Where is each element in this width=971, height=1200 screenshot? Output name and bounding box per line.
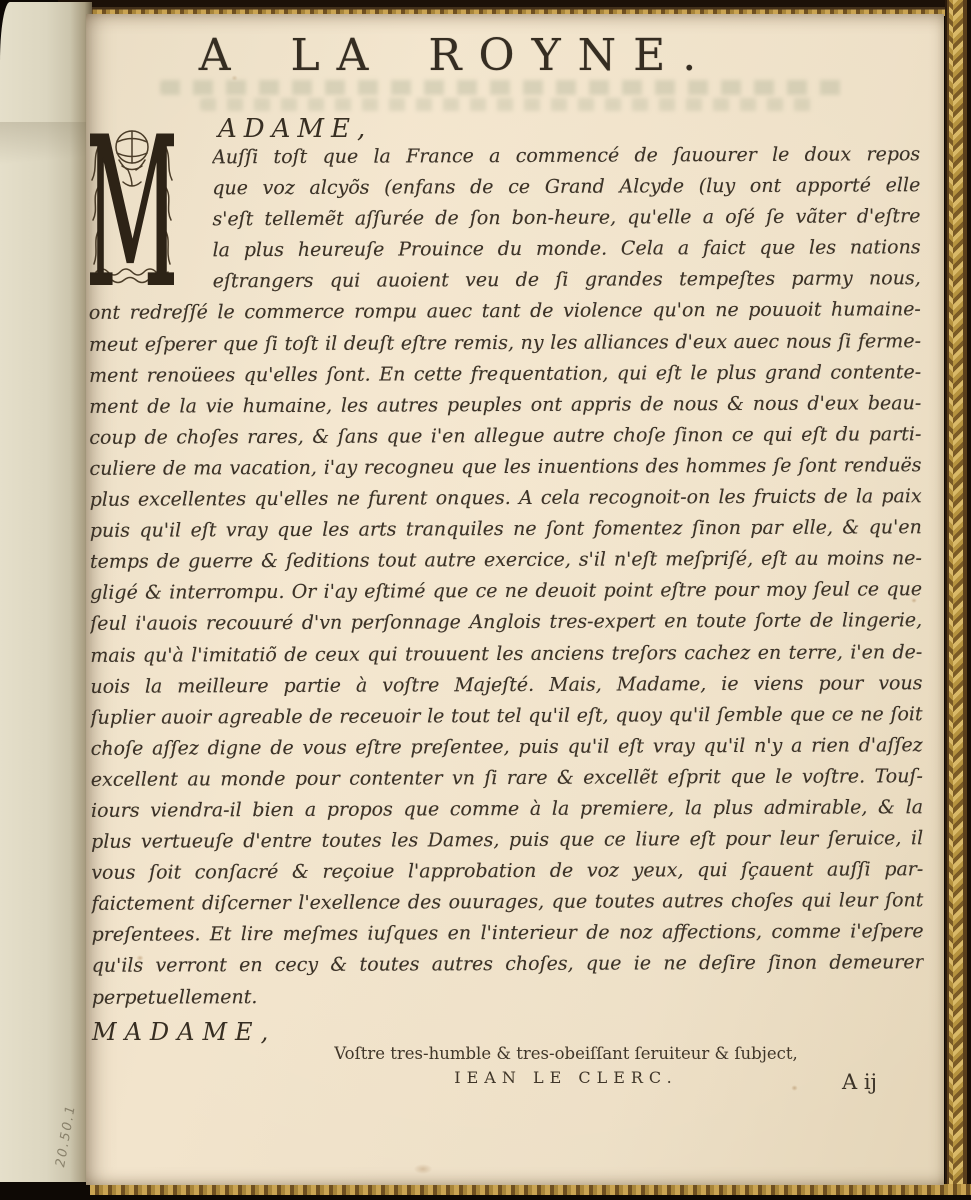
foxing-spot (135, 954, 145, 962)
facing-page (0, 2, 92, 1182)
gilt-fore-edge (945, 0, 971, 1200)
bleedthrough-ghost-text (200, 98, 812, 111)
text-line: eſtrangers qui auoient veu de ſi grandes… (213, 264, 921, 298)
foxing-spot (790, 1084, 799, 1092)
text-line: vous ſoit conſacré & reçoiue l'approbati… (91, 854, 923, 889)
text-line: excellent au monde pour contenter vn ſi … (91, 761, 923, 796)
text-line: culiere de ma vacation, i'ay recogneu qu… (89, 450, 921, 485)
text-line: choſe aſſez digne de vous eſtre preſente… (91, 730, 923, 765)
text-line: Auſſi toſt que la France a commencé de ſ… (212, 139, 920, 173)
text-line: que voz alcyõs (enfans de ce Grand Alcyd… (212, 170, 920, 204)
text-line: plus vertueuſe d'entre toutes les Dames,… (91, 823, 923, 858)
foxing-spot (910, 597, 918, 604)
page: A LA ROYNE. M (86, 14, 944, 1185)
foxing-spot (690, 902, 697, 909)
salutation: ADAME, (218, 114, 372, 144)
text-line: mais qu'à l'imitatiõ de ceux qui trouuen… (90, 637, 922, 672)
foxing-spot (230, 74, 239, 82)
text-line: la plus heureuſe Prouince du monde. Cela… (213, 232, 921, 266)
closing-salutation: MADAME, (92, 1018, 276, 1046)
valediction: Voſtre tres-humble & tres-obeiſſant ſeru… (270, 1044, 862, 1063)
text-line: uois la meilleure partie à voſtre Majeſt… (90, 668, 922, 703)
text-line: plus excellentes qu'elles ne furent onqu… (90, 481, 922, 516)
signature: IEAN LE CLERC. (270, 1068, 862, 1087)
text-line: preſentees. Et lire meſmes iuſques en l'… (91, 917, 923, 952)
text-line: perpetuellement. (92, 979, 924, 1014)
text-line: coup de choſes rares, & ſans que i'en al… (89, 419, 921, 454)
text-line: ſuplier auoir agreable de receuoir le to… (91, 699, 923, 734)
book-scan: 20.50.1 A LA ROYNE. (0, 0, 971, 1200)
text-line: gligé & interrompu. Or i'ay eſtimé que c… (90, 574, 922, 609)
bleedthrough-ghost-text (160, 80, 852, 95)
body-text: Auſſi toſt que la France a commencé de ſ… (88, 139, 924, 1013)
text-line: puis qu'il eſt vray que les arts tranqui… (90, 512, 922, 547)
text-line: faictement diſcerner l'exellence des ouu… (91, 885, 923, 920)
text-line: iours viendra-il bien a propos que comme… (91, 792, 923, 827)
text-line: ſeul i'auois recouuré d'vn perſonnage An… (90, 606, 922, 641)
text-line: ment renoüees qu'elles ſont. En cette fr… (89, 357, 921, 392)
text-line: temps de guerre & ſeditions tout autre e… (90, 543, 922, 578)
page-title: A LA ROYNE. (90, 30, 922, 81)
gilt-bottom-edge (90, 1184, 971, 1200)
text-line: ment de la vie humaine, les autres peupl… (89, 388, 921, 423)
text-line: ont redreſſé le commerce rompu auec tant… (89, 295, 921, 330)
text-line: meut eſperer que ſi toſt il deuſt eſtre … (89, 326, 921, 361)
signature-mark: A ij (842, 1070, 877, 1094)
foxing-spot (410, 1162, 436, 1176)
text-line: qu'ils verront en cecy & toutes autres c… (92, 948, 924, 983)
text-line: s'eſt tellemẽt aſſurée de ſon bon-heure,… (212, 201, 920, 235)
